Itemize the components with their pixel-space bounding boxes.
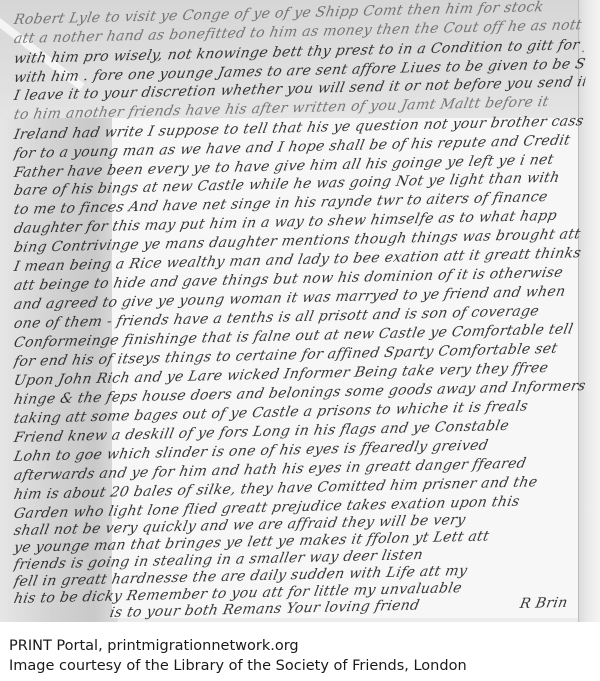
signature: R Brin xyxy=(518,594,600,612)
manuscript-scan: Robert Lyle to visit ye Conge of ye of y… xyxy=(0,0,600,622)
image-caption: PRINT Portal, printmigrationnetwork.org … xyxy=(9,636,599,676)
caption-source: PRINT Portal, printmigrationnetwork.org xyxy=(9,636,599,656)
caption-credit: Image courtesy of the Library of the Soc… xyxy=(9,656,599,676)
handwritten-text: Robert Lyle to visit ye Conge of ye of y… xyxy=(0,0,600,622)
